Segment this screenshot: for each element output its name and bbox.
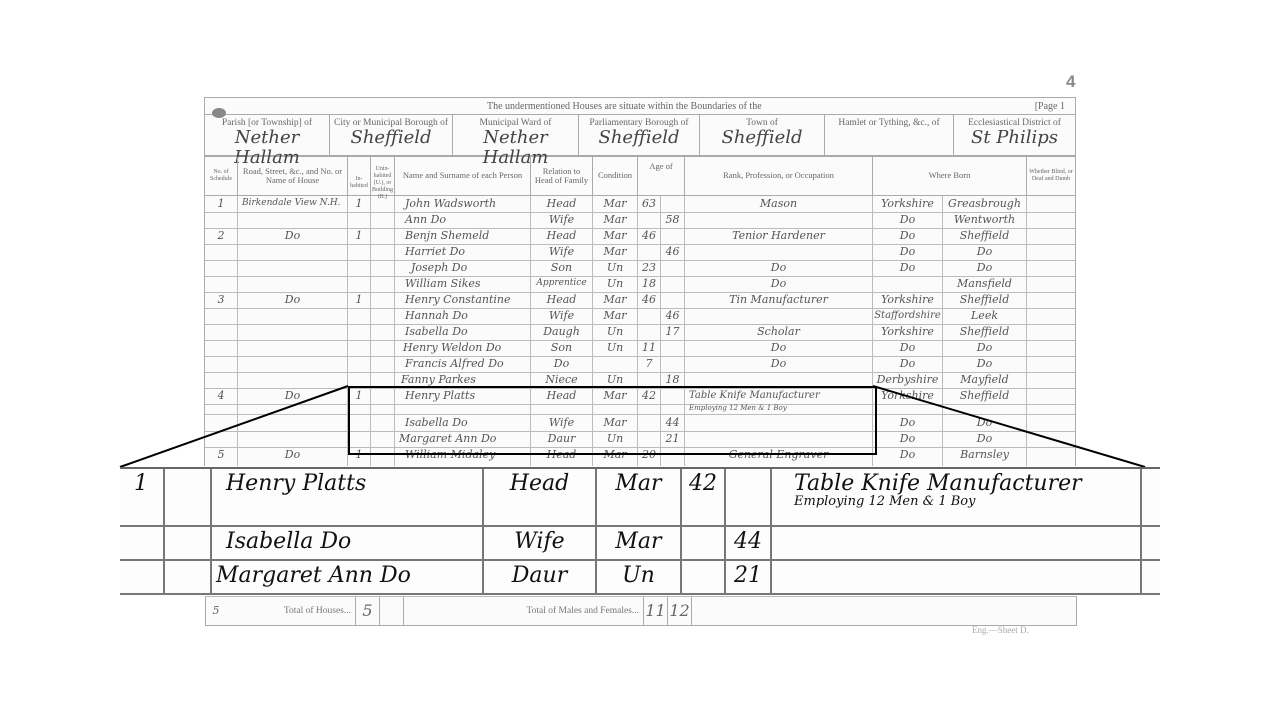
col-relation: Relation to Head of Family (531, 157, 593, 195)
table-row: Henry Weldon DoSonUn11DoDoDo (205, 340, 1075, 357)
highlight-box (348, 386, 877, 455)
col-condition: Condition (593, 157, 638, 195)
col-schedule: No. of Schedule (205, 157, 238, 195)
table-row: Joseph DoSonUn23DoDoDo (205, 260, 1075, 277)
header-hamlet: Hamlet or Tything, &c., of (825, 115, 954, 155)
header-ward: Municipal Ward ofNether Hallam (453, 115, 579, 155)
table-row: William SikesApprenticeUn18DoMansfield (205, 276, 1075, 293)
boundaries-line: The undermentioned Houses are situate wi… (205, 98, 1075, 115)
col-uninhabited: Unin-habited (U.), or Building (B.) (371, 157, 395, 195)
col-inhabited: In-habited (348, 157, 371, 195)
magnified-excerpt: 1 Henry Platts Head Mar 42 Table Knife M… (120, 467, 1160, 597)
magnified-row: Margaret Ann Do Daur Un 21 (120, 561, 1160, 595)
sheet-reference: Eng.—Sheet D. (972, 625, 1029, 635)
table-row: Ann DoWifeMar58DoWentworth (205, 212, 1075, 229)
total-females: 12 (668, 597, 692, 625)
page-label: [Page 1 (1035, 101, 1065, 112)
header-parliamentary-borough: Parliamentary Borough ofSheffield (579, 115, 700, 155)
header-town: Town ofSheffield (700, 115, 825, 155)
col-where-born: Where Born (873, 157, 1027, 195)
magnified-occupation: Table Knife ManufacturerEmploying 12 Men… (772, 469, 1142, 525)
total-houses-value: 5 (356, 597, 380, 625)
col-occupation: Rank, Profession, or Occupation (685, 157, 873, 195)
header-parish: Parish [or Township] ofNether Hallam (205, 115, 330, 155)
page-corner-number: 4 (1066, 72, 1075, 92)
ink-blot (212, 108, 226, 118)
col-age: Age of (638, 157, 685, 195)
totals-row: 5 Total of Houses... 5 Total of Males an… (205, 596, 1077, 626)
total-persons-label: Total of Males and Females... (404, 597, 644, 625)
table-row: Harriet DoWifeMar46DoDo (205, 244, 1075, 261)
table-row: Isabella DoDaughUn17ScholarYorkshireShef… (205, 324, 1075, 341)
col-name: Name and Surname of each Person (395, 157, 531, 195)
table-row: 3Do1Henry ConstantineHeadMar46Tin Manufa… (205, 292, 1075, 309)
col-blind: Whether Blind, or Deaf and Dumb (1027, 157, 1075, 195)
table-row: Hannah DoWifeMar46StaffordshireLeek (205, 308, 1075, 325)
table-row: Francis Alfred DoDo7DoDoDo (205, 356, 1075, 373)
magnified-row: Isabella Do Wife Mar 44 (120, 527, 1160, 561)
magnified-row: 1 Henry Platts Head Mar 42 Table Knife M… (120, 469, 1160, 527)
column-headers: No. of Schedule Road, Street, &c., and N… (205, 157, 1075, 196)
header-ecclesiastical-district: Ecclesiastical District ofSt Philips (954, 115, 1075, 155)
totals-schedule-mark: 5 (206, 597, 226, 625)
col-road: Road, Street, &c., and No. or Name of Ho… (238, 157, 348, 195)
table-row: 1Birkendale View N.H.1John WadsworthHead… (205, 196, 1075, 213)
table-row: 2Do1Benjn ShemeldHeadMar46Tenior Hardene… (205, 228, 1075, 245)
location-header: Parish [or Township] ofNether Hallam Cit… (205, 115, 1075, 157)
total-males: 11 (644, 597, 668, 625)
total-houses-label: Total of Houses... (226, 597, 356, 625)
boundaries-text: The undermentioned Houses are situate wi… (487, 101, 762, 112)
header-city: City or Municipal Borough ofSheffield (330, 115, 453, 155)
